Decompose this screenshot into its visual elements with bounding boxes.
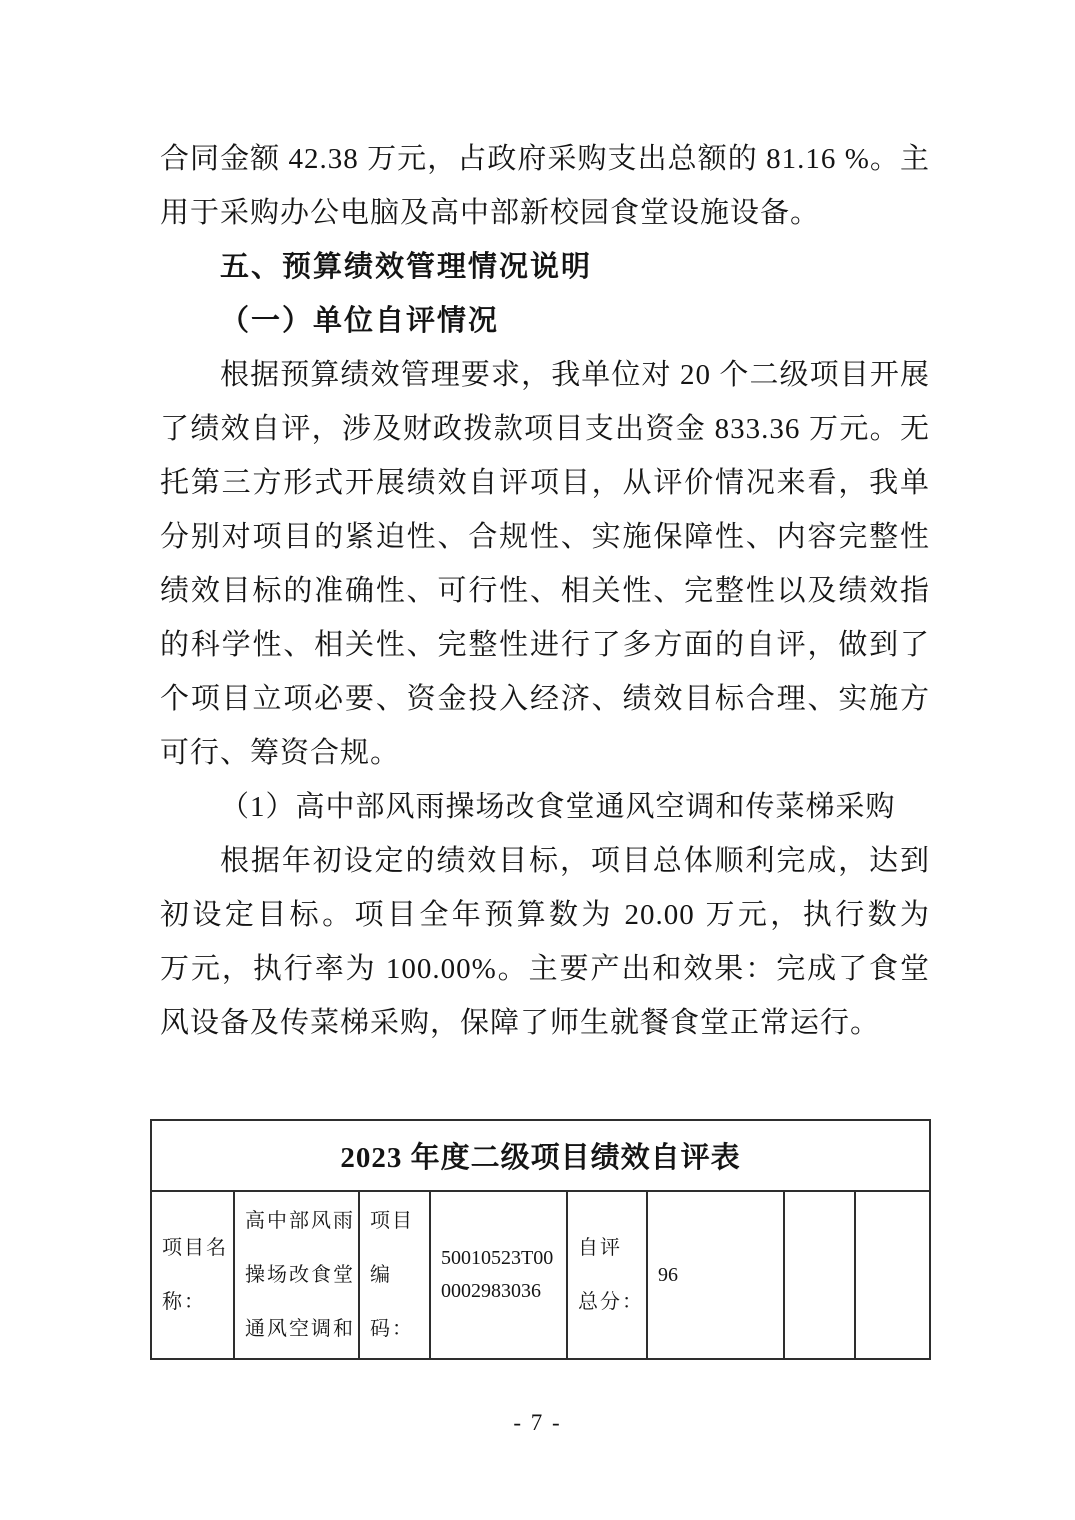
section-heading: 五、预算绩效管理情况说明 [160,240,930,294]
subsection-heading: （一）单位自评情况 [160,294,930,348]
project-name-value-cell: 高中部风雨 操场改食堂 通风空调和 [234,1191,359,1359]
paragraph-line: 可行、筹资合规。 [160,726,930,780]
paragraph-line: 初设定目标。项目全年预算数为 20.00 万元，执行数为 20.00 [160,888,930,942]
cell-line: 总分： [578,1275,646,1329]
project-name-label-cell: 项目名 称： [151,1191,234,1359]
cell-line: 编码： [370,1248,429,1356]
cell-line: 项目 [370,1194,429,1248]
self-score-label-cell: 自评 总分： [567,1191,647,1359]
paragraph-line: 根据预算绩效管理要求，我单位对 20 个二级项目开展 [160,348,930,402]
table-title: 2023 年度二级项目绩效自评表 [151,1120,930,1191]
cell-line: 项目名 [162,1221,233,1275]
item-heading: （1）高中部风雨操场改食堂通风空调和传菜梯采购 [160,780,930,834]
project-code-label-cell: 项目 编码： [359,1191,430,1359]
table-title-row: 2023 年度二级项目绩效自评表 [151,1120,930,1191]
cell-line: 称： [162,1275,233,1329]
paragraph-line: 托第三方形式开展绩效自评项目，从评价情况来看，我单位 [160,456,930,510]
empty-cell [784,1191,855,1359]
empty-cell [855,1191,930,1359]
paragraph-line: 根据年初设定的绩效目标，项目总体顺利完成，达到年 [160,834,930,888]
paragraph-line: 的科学性、相关性、完整性进行了多方面的自评，做到了 20 [160,618,930,672]
cell-line: 0002983036 [441,1275,566,1308]
paragraph-line: 了绩效自评，涉及财政拨款项目支出资金 833.36 万元。无委 [160,402,930,456]
cell-line: 高中部风雨 [245,1194,358,1248]
paragraph-line: 合同金额 42.38 万元，占政府采购支出总额的 81.16 %。主要 [160,132,930,186]
cell-line: 96 [658,1263,783,1287]
cell-line: 操场改食堂 [245,1248,358,1302]
cell-line: 50010523T00 [441,1242,566,1275]
cell-line: 自评 [578,1221,646,1275]
paragraph-line: 个项目立项必要、资金投入经济、绩效目标合理、实施方案 [160,672,930,726]
cell-line: 通风空调和 [245,1302,358,1356]
table-row: 项目名 称： 高中部风雨 操场改食堂 通风空调和 项目 编码： 50010523… [151,1191,930,1359]
page-number: - 7 - [0,1410,1075,1436]
paragraph-line: 风设备及传菜梯采购，保障了师生就餐食堂正常运行。 [160,996,930,1050]
body-text: 合同金额 42.38 万元，占政府采购支出总额的 81.16 %。主要 用于采购… [160,132,930,1050]
project-code-value-cell: 50010523T00 0002983036 [430,1191,567,1359]
paragraph-line: 分别对项目的紧迫性、合规性、实施保障性、内容完整性和 [160,510,930,564]
paragraph-line: 绩效目标的准确性、可行性、相关性、完整性以及绩效指标 [160,564,930,618]
paragraph-line: 万元，执行率为 100.00%。主要产出和效果：完成了食堂通 [160,942,930,996]
self-evaluation-table: 2023 年度二级项目绩效自评表 项目名 称： 高中部风雨 操场改食堂 通风空调… [150,1119,931,1360]
self-score-value-cell: 96 [647,1191,784,1359]
paragraph-line: 用于采购办公电脑及高中部新校园食堂设施设备。 [160,186,930,240]
